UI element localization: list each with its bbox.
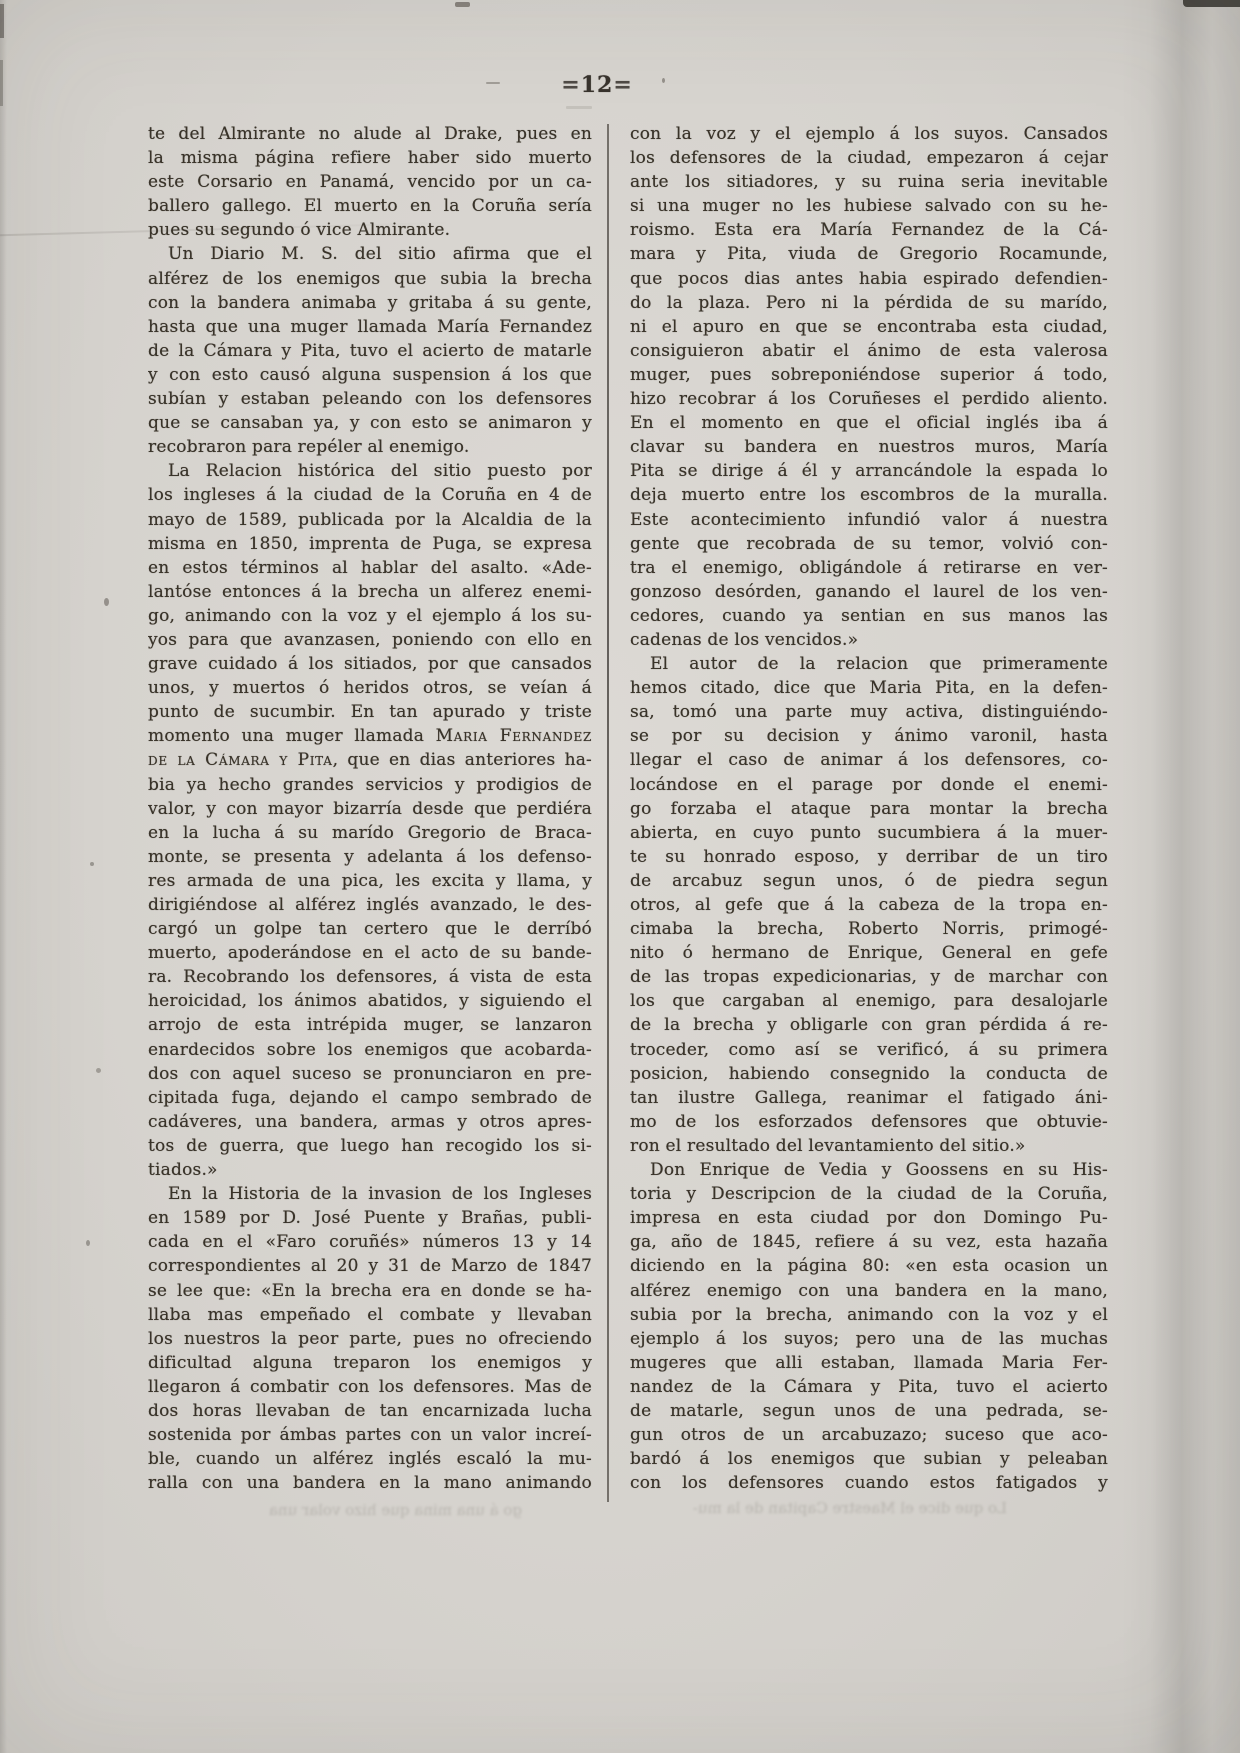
ink-speck [104, 598, 109, 606]
text-line: se lee que: «En la brecha era en donde s… [148, 1279, 592, 1303]
text-line: nandez de la Cámara y Pita, tuvo el acie… [630, 1375, 1108, 1399]
text-line: muger, pues sobreponiéndose superior á t… [630, 363, 1108, 387]
text-line: cedores, cuando ya sentian en sus manos … [630, 604, 1108, 628]
text-line: ni el apuro en que se encontraba esta ci… [630, 315, 1108, 339]
text-line: alférez de los enemigos que subia la bre… [148, 267, 592, 291]
text-line: dificultad alguna treparon los enemigos … [148, 1351, 592, 1375]
text-line: locándose en el parage por donde el enem… [630, 773, 1108, 797]
scan-edge-artifact [0, 4, 4, 38]
text-line: Pita se dirige á él y arrancándole la es… [630, 459, 1108, 483]
page-header: =12= [0, 72, 1194, 98]
text-line: do la plaza. Pero ni la pérdida de su ma… [630, 291, 1108, 315]
text-line: diciendo en la página 80: «en esta ocasi… [630, 1254, 1108, 1278]
text-line: los defensores de la ciudad, empezaron á… [630, 146, 1108, 170]
text-line: hizo recobrar á los Coruñeses el perdido… [630, 387, 1108, 411]
text-line: heroicidad, los ánimos abatidos, y sigui… [148, 989, 592, 1013]
text-line: deja muerto entre los escombros de la mu… [630, 483, 1108, 507]
text-line: Don Enrique de Vedia y Goossens en su Hi… [630, 1158, 1108, 1182]
text-line: llegaron á combatir con los defensores. … [148, 1375, 592, 1399]
text-line: con la voz y el ejemplo á los suyos. Can… [630, 122, 1108, 146]
column-divider-rule [607, 124, 609, 1502]
text-line: de la Cámara y Pita, tuvo el acierto de … [148, 339, 592, 363]
text-line: unos, y muertos ó heridos otros, se veía… [148, 676, 592, 700]
ink-speck [486, 82, 500, 84]
text-line: de arcabuz segun unos, ó de piedra segun [630, 869, 1108, 893]
text-line: mayo de 1589, publicada por la Alcaldia … [148, 508, 592, 532]
text-line: bardó á los enemigos que subian y peleab… [630, 1447, 1108, 1471]
text-line: pues su segundo ó vice Almirante. [148, 218, 592, 242]
ink-speck [566, 106, 592, 109]
text-line: La Relacion histórica del sitio puesto p… [148, 459, 592, 483]
text-line: nito ó hermano de Enrique, General en ge… [630, 941, 1108, 965]
text-line: dos con aquel suceso se pronunciaron en … [148, 1062, 592, 1086]
text-line: consiguieron abatir el ánimo de esta val… [630, 339, 1108, 363]
text-line: cipitada fuga, dejando el campo sembrado… [148, 1086, 592, 1110]
text-line: Este acontecimiento infundió valor á nue… [630, 508, 1108, 532]
text-line: monte, se presenta y adelanta á los defe… [148, 845, 592, 869]
text-line: yos para que avanzasen, poniendo con ell… [148, 628, 592, 652]
text-line: arrojo de esta intrépida muger, se lanza… [148, 1013, 592, 1037]
ink-speck [455, 2, 470, 7]
text-line: mugeres que alli estaban, llamada Maria … [630, 1351, 1108, 1375]
text-line: de la Cámara y Pita, que en dias anterio… [148, 748, 592, 772]
text-line: con los defensores cuando estos fatigado… [630, 1471, 1108, 1495]
text-line: si una muger no les hubiese salvado con … [630, 194, 1108, 218]
text-line: posicion, habiendo consegnido la conduct… [630, 1062, 1108, 1086]
text-line: troceder, como así se verificó, á su pri… [630, 1038, 1108, 1062]
text-line: este Corsario en Panamá, vencido por un … [148, 170, 592, 194]
text-line: punto de sucumbir. En tan apurado y tris… [148, 700, 592, 724]
text-line: la misma página refiere haber sido muert… [148, 146, 592, 170]
text-line: ralla con una bandera en la mano animand… [148, 1471, 592, 1495]
right-column: con la voz y el ejemplo á los suyos. Can… [630, 122, 1108, 1495]
text-line: toria y Descripcion de la ciudad de la C… [630, 1182, 1108, 1206]
text-line: cada en el «Faro coruñés» números 13 y 1… [148, 1230, 592, 1254]
text-line: te su honrado esposo, y derribar de un t… [630, 845, 1108, 869]
text-line: El autor de la relacion que primeramente [630, 652, 1108, 676]
text-line: dos horas llevaban de tan encarnizada lu… [148, 1399, 592, 1423]
text-line: go, animando con la voz y el ejemplo á l… [148, 604, 592, 628]
text-line: cadáveres, una bandera, armas y otros ap… [148, 1110, 592, 1134]
text-line: En el momento en que el oficial inglés i… [630, 411, 1108, 435]
text-line: gun otros de un arcabuzazo; suceso que a… [630, 1423, 1108, 1447]
text-line: los ingleses á la ciudad de la Coruña en… [148, 483, 592, 507]
left-column: te del Almirante no alude al Drake, pues… [148, 122, 592, 1495]
text-line: tos de guerra, que luego han recogido lo… [148, 1134, 592, 1158]
ink-speck [96, 1068, 101, 1073]
text-line: gonzoso desórden, ganando el laurel de l… [630, 580, 1108, 604]
text-line: En la Historia de la invasion de los Ing… [148, 1182, 592, 1206]
text-line: mara y Pita, viuda de Gregorio Rocamunde… [630, 242, 1108, 266]
text-line: ron el resultado del levantamiento del s… [630, 1134, 1108, 1158]
page-number: 12 [581, 72, 614, 98]
text-line: tra el enemigo, obligándole á retirarse … [630, 556, 1108, 580]
text-line: te del Almirante no alude al Drake, pues… [148, 122, 592, 146]
text-line: en la lucha á su marído Gregorio de Brac… [148, 821, 592, 845]
text-line: otros, al gefe que á la cabeza de la tro… [630, 893, 1108, 917]
ink-speck [662, 78, 665, 83]
text-line: se por su decision y ánimo varonil, hast… [630, 724, 1108, 748]
text-line: llaba mas empeñado el combate y llevaban [148, 1303, 592, 1327]
text-line: alférez enemigo con una bandera en la ma… [630, 1279, 1108, 1303]
text-line: de las tropas expedicionarias, y de marc… [630, 965, 1108, 989]
text-line: roismo. Esta era María Fernandez de la C… [630, 218, 1108, 242]
text-line: cimaba la brecha, Roberto Norris, primog… [630, 917, 1108, 941]
text-line: y con esto causó alguna suspension á los… [148, 363, 592, 387]
text-line: enardecidos sobre los enemigos que acoba… [148, 1038, 592, 1062]
text-line: hasta que una muger llamada María Fernan… [148, 315, 592, 339]
text-line: Un Diario M. S. del sitio afirma que el [148, 242, 592, 266]
text-line: ra. Recobrando los defensores, á vista d… [148, 965, 592, 989]
text-line: ga, año de 1845, refiere á su vez, esta … [630, 1230, 1108, 1254]
text-line: mo de los esforzados defensores que obtu… [630, 1110, 1108, 1134]
text-line: lantóse entonces á la brecha un alferez … [148, 580, 592, 604]
show-through-text: go á una mina que hizo volar una [210, 1501, 522, 1519]
text-line: clavar su bandera en nuestros muros, Mar… [630, 435, 1108, 459]
header-rule-right: = [613, 72, 632, 98]
text-line: con la bandera animaba y gritaba á su ge… [148, 291, 592, 315]
text-line: abierta, en cuyo punto sucumbiera á la m… [630, 821, 1108, 845]
text-line: que se cansaban ya, y con esto se animar… [148, 411, 592, 435]
text-line: grave cuidado á los sitiados, por que ca… [148, 652, 592, 676]
text-line: muerto, apoderándose en el acto de su ba… [148, 941, 592, 965]
text-line: subían y estaban peleando con los defens… [148, 387, 592, 411]
header-rule-left: = [561, 72, 580, 98]
text-line: los que cargaban al enemigo, para desalo… [630, 989, 1108, 1013]
text-line: cargó un golpe tan certero que le derríb… [148, 917, 592, 941]
text-line: ante los sitiadores, y su ruina seria in… [630, 170, 1108, 194]
text-line: llegar el caso de animar á los defensore… [630, 748, 1108, 772]
text-line: en estos términos al hablar del asalto. … [148, 556, 592, 580]
text-line: correspondientes al 20 y 31 de Marzo de … [148, 1254, 592, 1278]
text-line: valor, y con mayor bizarría desde que pe… [148, 797, 592, 821]
text-line: ejemplo á los suyos; pero una de las muc… [630, 1327, 1108, 1351]
text-line: go forzaba el ataque para montar la brec… [630, 797, 1108, 821]
ink-speck [86, 1240, 90, 1246]
text-line: misma en 1850, imprenta de Puga, se expr… [148, 532, 592, 556]
ink-speck [90, 862, 94, 866]
show-through-text: Lo que dice el Maestre Capitan de la mu- [635, 1499, 1007, 1517]
text-line: de matarle, segun unos de una pedrada, s… [630, 1399, 1108, 1423]
scan-edge-artifact [0, 60, 3, 106]
small-caps-name: de la Cámara y Pita [148, 750, 333, 770]
text-line: momento una muger llamada Maria Fernande… [148, 724, 592, 748]
text-line: gente que recobrada de su temor, volvió … [630, 532, 1108, 556]
text-line: ballero gallego. El muerto en la Coruña … [148, 194, 592, 218]
text-line: recobraron para repéler al enemigo. [148, 435, 592, 459]
text-line: subia por la brecha, animando con la voz… [630, 1303, 1108, 1327]
text-line: hemos citado, dice que Maria Pita, en la… [630, 676, 1108, 700]
text-line: bia ya hecho grandes servicios y prodigi… [148, 773, 592, 797]
text-line: dirigiéndose al alférez inglés avanzado,… [148, 893, 592, 917]
text-line: sostenida por ámbas partes con un valor … [148, 1423, 592, 1447]
text-line: cadenas de los vencidos.» [630, 628, 1108, 652]
small-caps-name: Maria Fernandez [436, 726, 592, 746]
scanned-page: =12= te del Almirante no alude al Drake,… [0, 0, 1240, 1753]
text-line: que pocos dias antes habia espirado defe… [630, 267, 1108, 291]
scan-edge-artifact [1183, 0, 1240, 7]
text-line: tan ilustre Gallega, reanimar el fatigad… [630, 1086, 1108, 1110]
text-line: los nuestros la peor parte, pues no ofre… [148, 1327, 592, 1351]
text-line: sa, tomó una parte muy activa, distingui… [630, 700, 1108, 724]
text-line: en 1589 por D. José Puente y Brañas, pub… [148, 1206, 592, 1230]
text-line: impresa en esta ciudad por don Domingo P… [630, 1206, 1108, 1230]
text-line: tiados.» [148, 1158, 592, 1182]
text-line: de la brecha y obligarle con gran pérdid… [630, 1013, 1108, 1037]
text-line: ble, cuando un alférez inglés escaló la … [148, 1447, 592, 1471]
text-line: res armada de una pica, les excita y lla… [148, 869, 592, 893]
